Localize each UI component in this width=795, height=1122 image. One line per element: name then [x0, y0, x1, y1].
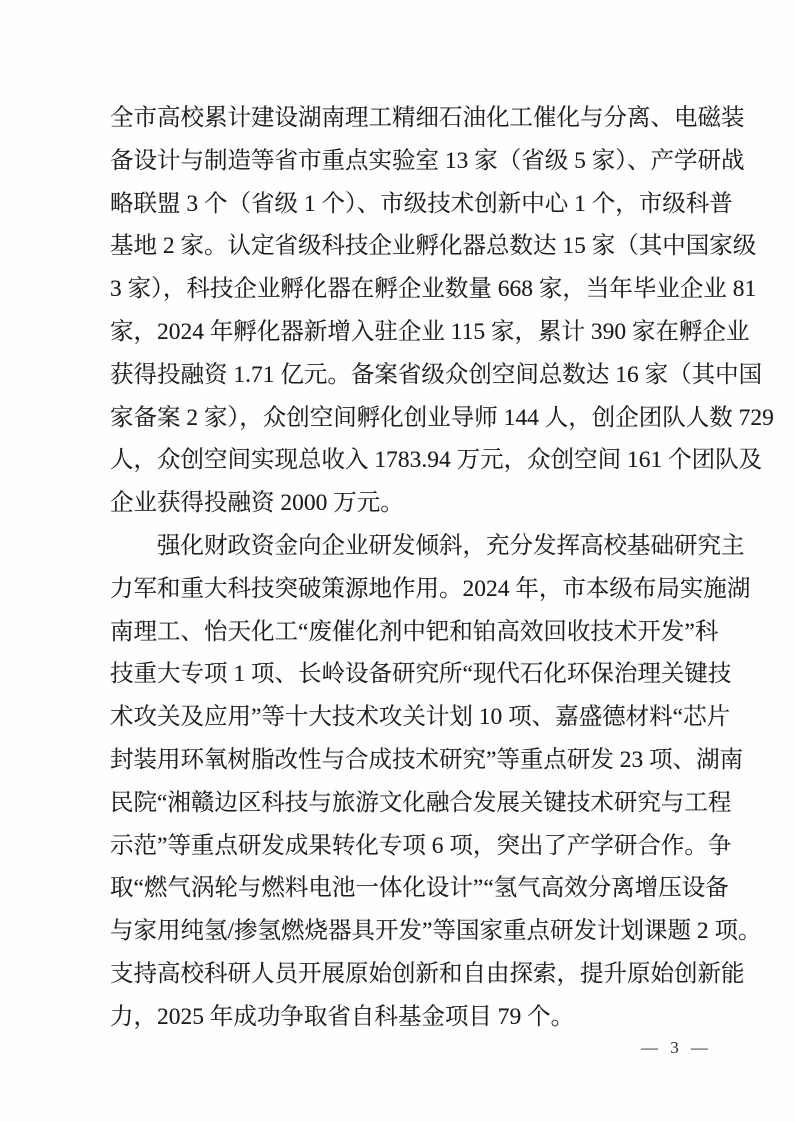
text-line: 获得投融资 1.71 亿元。备案省级众创空间总数达 16 家（其中国	[110, 354, 696, 397]
document-body: 全市高校累计建设湖南理工精细石油化工催化与分离、电磁装 备设计与制造等省市重点实…	[110, 97, 696, 1039]
text-line: 封装用环氧树脂改性与合成技术研究”等重点研发 23 项、湖南	[110, 739, 696, 782]
text-line: 术攻关及应用”等十大技术攻关计划 10 项、嘉盛德材料“芯片	[110, 696, 696, 739]
text-line: 基地 2 家。认定省级科技企业孵化器总数达 15 家（其中国家级	[110, 225, 696, 268]
text-line: 企业获得投融资 2000 万元。	[110, 482, 696, 525]
text-line: 力，2025 年成功争取省自科基金项目 79 个。	[110, 996, 696, 1039]
paragraph-1: 全市高校累计建设湖南理工精细石油化工催化与分离、电磁装 备设计与制造等省市重点实…	[110, 97, 696, 525]
text-line: 备设计与制造等省市重点实验室 13 家（省级 5 家）、产学研战	[110, 140, 696, 183]
text-line: 家，2024 年孵化器新增入驻企业 115 家，累计 390 家在孵企业	[110, 311, 696, 354]
paragraph-2: 强化财政资金向企业研发倾斜，充分发挥高校基础研究主 力军和重大科技突破策源地作用…	[110, 525, 696, 1039]
text-line: 示范”等重点研发成果转化专项 6 项，突出了产学研合作。争	[110, 825, 696, 868]
text-line: 与家用纯氢/掺氢燃烧器具开发”等国家重点研发计划课题 2 项。	[110, 910, 696, 953]
text-line: 南理工、怡天化工“废催化剂中钯和铂高效回收技术开发”科	[110, 611, 696, 654]
text-line: 强化财政资金向企业研发倾斜，充分发挥高校基础研究主	[110, 525, 696, 568]
page-number: — 3 —	[641, 1038, 712, 1058]
text-line: 略联盟 3 个（省级 1 个）、市级技术创新中心 1 个，市级科普	[110, 183, 696, 226]
document-page: 全市高校累计建设湖南理工精细石油化工催化与分离、电磁装 备设计与制造等省市重点实…	[0, 0, 795, 1122]
text-line: 力军和重大科技突破策源地作用。2024 年，市本级布局实施湖	[110, 568, 696, 611]
text-line: 取“燃气涡轮与燃料电池一体化设计”“氢气高效分离增压设备	[110, 867, 696, 910]
text-line: 支持高校科研人员开展原始创新和自由探索，提升原始创新能	[110, 953, 696, 996]
text-line: 人，众创空间实现总收入 1783.94 万元，众创空间 161 个团队及	[110, 439, 696, 482]
text-line: 3 家），科技企业孵化器在孵企业数量 668 家，当年毕业企业 81	[110, 268, 696, 311]
text-line: 民院“湘赣边区科技与旅游文化融合发展关键技术研究与工程	[110, 782, 696, 825]
text-line: 全市高校累计建设湖南理工精细石油化工催化与分离、电磁装	[110, 97, 696, 140]
text-line: 技重大专项 1 项、长岭设备研究所“现代石化环保治理关键技	[110, 653, 696, 696]
text-line: 家备案 2 家），众创空间孵化创业导师 144 人，创企团队人数 729	[110, 397, 696, 440]
